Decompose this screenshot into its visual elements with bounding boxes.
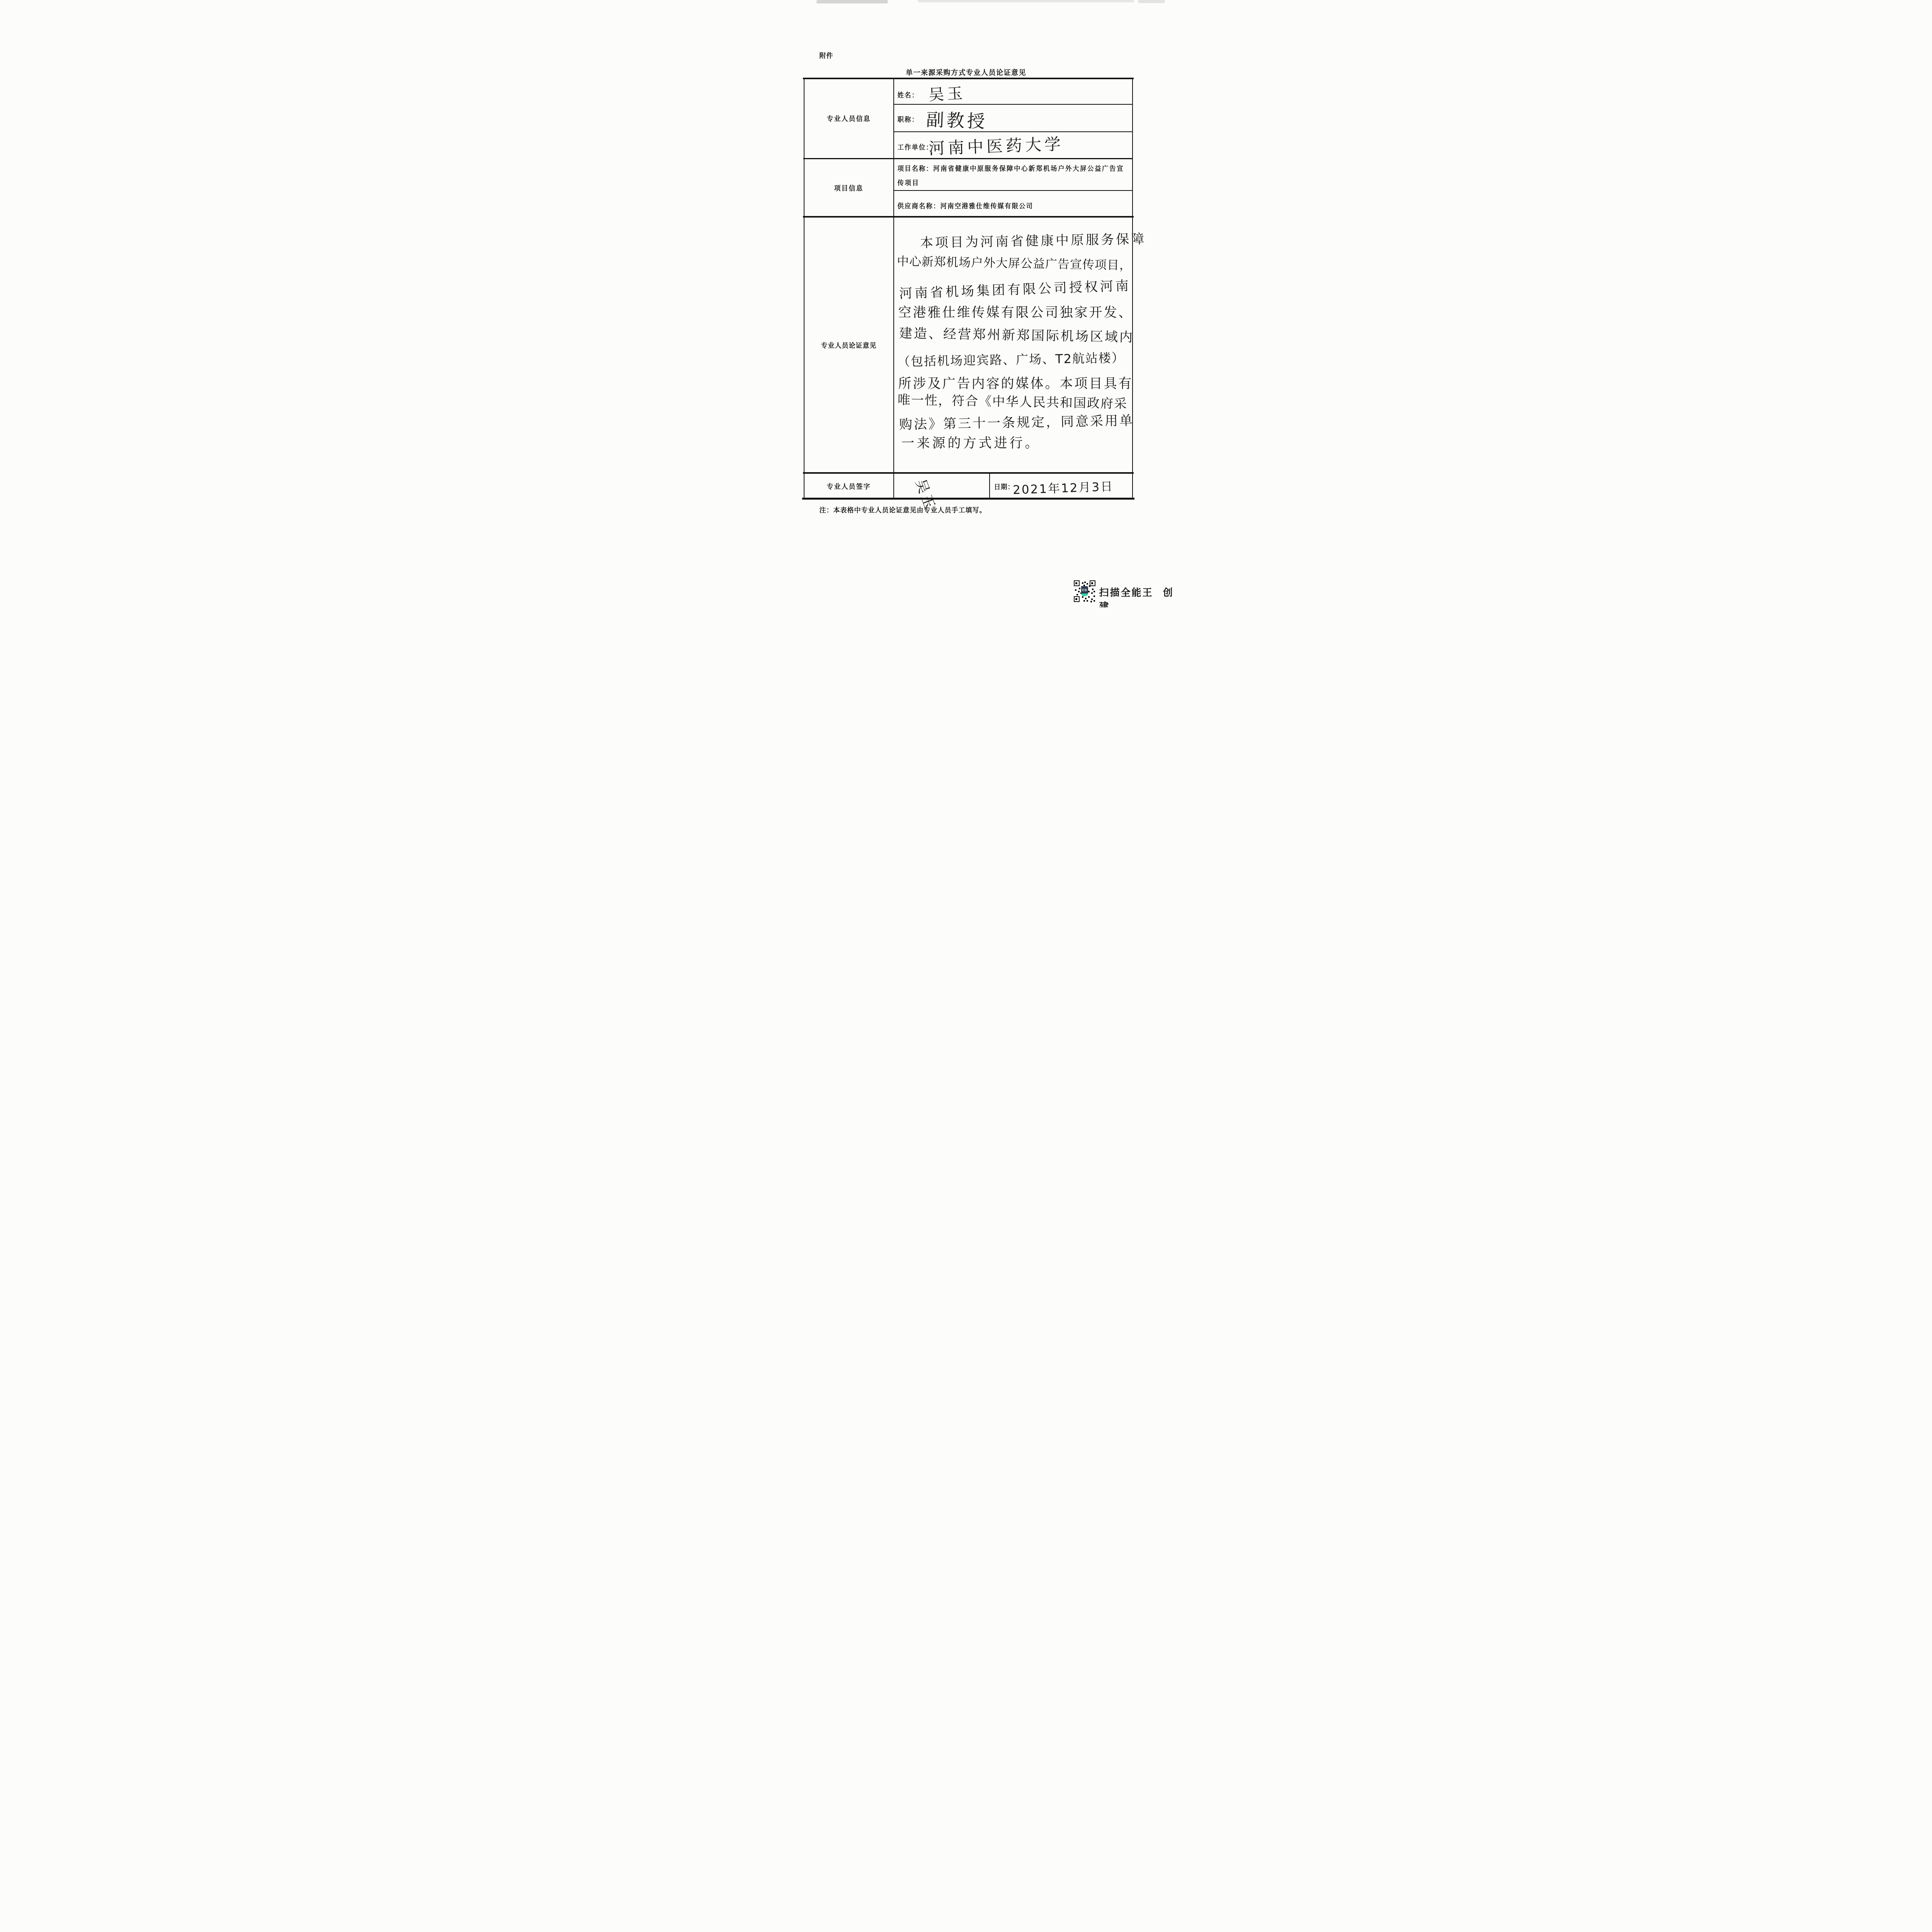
opinion-line: 河南省机场集团有限公司授权河南 bbox=[899, 279, 1131, 301]
signature-date-divider bbox=[989, 472, 990, 499]
opinion-line: 所涉及广告内容的媒体。本项目具有 bbox=[898, 377, 1133, 390]
scanned-document-page: 附件 单一来源采购方式专业人员论证意见 专业人员信息 项目信息 专业人员论证意见… bbox=[752, 0, 1181, 607]
project-name-value-line2: 传项目 bbox=[898, 178, 920, 187]
section-label-personnel: 专业人员信息 bbox=[804, 78, 893, 158]
table-border-bottom bbox=[802, 498, 1134, 500]
table-line-title-unit bbox=[894, 131, 1133, 132]
attachment-label: 附件 bbox=[820, 50, 833, 60]
title-field-label: 职称： bbox=[898, 114, 919, 124]
qr-code: CS bbox=[1074, 580, 1095, 602]
project-name-label: 项目名称： bbox=[898, 165, 934, 172]
opinion-line: 建造、经营郑州新郑国际机场区域内 bbox=[899, 327, 1134, 344]
camscanner-logo: CS bbox=[1081, 586, 1088, 596]
scan-artifact-smudge bbox=[1138, 0, 1165, 3]
opinion-line: 本项目为河南省健康中原服务保障 bbox=[920, 233, 1146, 250]
opinion-line: 空港雅仕维传媒有限公司独家开发、 bbox=[898, 306, 1133, 319]
table-line-projectname-supplier bbox=[894, 190, 1133, 191]
scanner-credit-text: 扫描全能王 创建 bbox=[1099, 585, 1181, 607]
scan-artifact-smudge bbox=[918, 0, 1134, 2]
section-label-opinion: 专业人员论证意见 bbox=[804, 218, 893, 472]
camscanner-logo-teal-base bbox=[1081, 594, 1088, 596]
supplier-value: 河南空港雅仕维传媒有限公司 bbox=[940, 202, 1034, 210]
opinion-line: 购法》第三十一条规定，同意采用单 bbox=[899, 414, 1134, 432]
section-label-signature: 专业人员签字 bbox=[804, 474, 893, 498]
name-field-handwritten-value: 吴玉 bbox=[928, 81, 966, 105]
date-handwritten-value: 2021年12月3日 bbox=[1012, 476, 1114, 497]
table-column-divider bbox=[893, 78, 894, 499]
section-label-project: 项目信息 bbox=[804, 159, 893, 216]
name-field-label: 姓名： bbox=[898, 90, 919, 99]
opinion-line: 唯一性，符合《中华人民共和国政府采 bbox=[897, 393, 1127, 410]
opinion-line: （包括机场迎宾路、广场、T2航站楼） bbox=[897, 352, 1124, 368]
camscanner-logo-text: CS bbox=[1081, 586, 1088, 594]
scan-artifact-smudge bbox=[816, 0, 888, 3]
unit-field-label: 工作单位： bbox=[898, 142, 934, 151]
qr-finder-top-right bbox=[1090, 580, 1095, 586]
project-name-value-line1: 河南省健康中原服务保障中心新郑机场户外大屏公益广告宣 bbox=[933, 165, 1124, 172]
qr-finder-top-left bbox=[1074, 580, 1080, 586]
title-field-handwritten-value: 副教授 bbox=[925, 105, 988, 133]
opinion-line: 中心新郑机场户外大屏公益广告宣传项目， bbox=[896, 256, 1131, 272]
footnote: 注：本表格中专业人员论证意见由专业人员手工填写。 bbox=[820, 505, 986, 514]
supplier-label: 供应商名称： bbox=[898, 202, 940, 210]
unit-field-handwritten-value: 河南中医药大学 bbox=[928, 131, 1064, 159]
opinion-handwritten-block: 本项目为河南省健康中原服务保障 中心新郑机场户外大屏公益广告宣传项目， 河南省机… bbox=[898, 217, 1135, 472]
opinion-line: 一来源的方式进行。 bbox=[901, 437, 1041, 450]
date-label: 日期： bbox=[994, 482, 1015, 491]
qr-finder-bottom-left bbox=[1074, 596, 1080, 602]
page-title: 单一来源采购方式专业人员论证意见 bbox=[752, 67, 1181, 77]
